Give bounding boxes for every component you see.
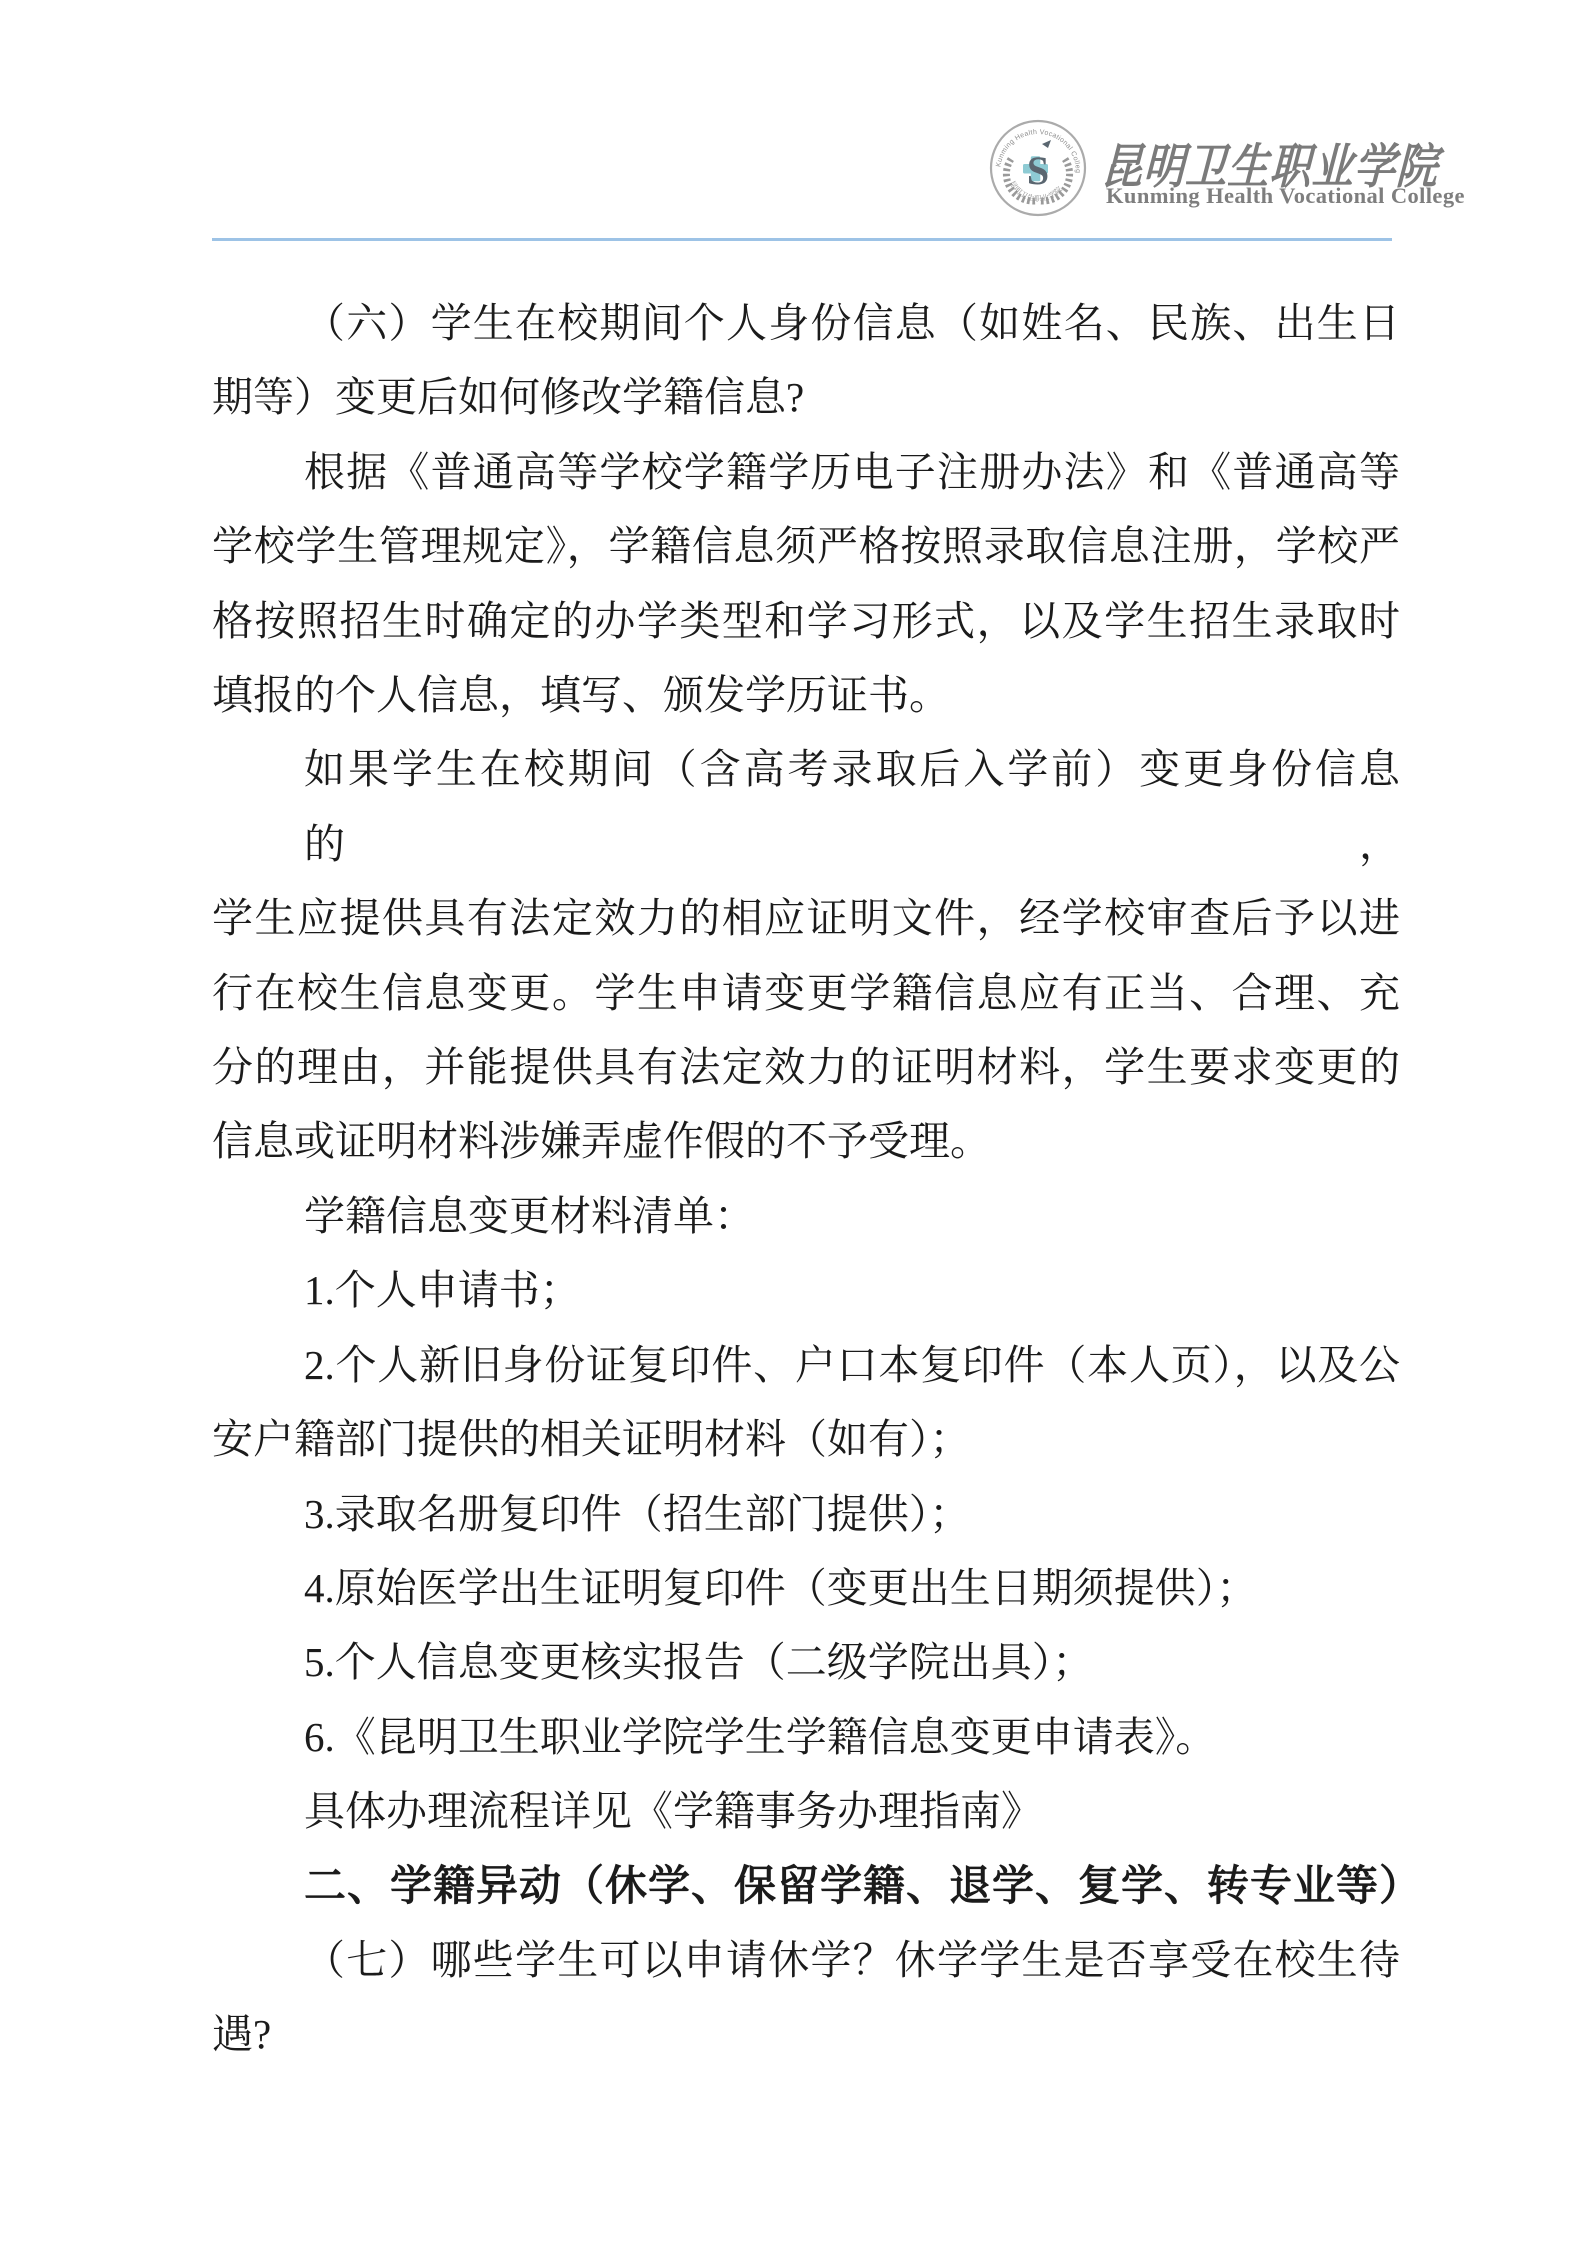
paragraph-line: 如果学生在校期间（含高考录取后入学前）变更身份信息的， bbox=[212, 732, 1400, 881]
materials-list-item-6: 6.《昆明卫生职业学院学生学籍信息变更申请表》。 bbox=[212, 1700, 1400, 1774]
question-6-heading-line-2: 期等）变更后如何修改学籍信息? bbox=[212, 360, 1400, 434]
question-7-heading-line-1: （七）哪些学生可以申请休学？休学学生是否享受在校生待 bbox=[212, 1923, 1400, 1997]
paragraph-line: 根据《普通高等学校学籍学历电子注册办法》和《普通高等 bbox=[212, 435, 1400, 509]
paragraph-line: 学校学生管理规定》，学籍信息须严格按照录取信息注册，学校严 bbox=[212, 509, 1400, 583]
question-7-heading-line-2: 遇? bbox=[212, 1997, 1400, 2071]
materials-list-item-5: 5.个人信息变更核实报告（二级学院出具）； bbox=[212, 1625, 1400, 1699]
process-guide-note: 具体办理流程详见《学籍事务办理指南》 bbox=[212, 1774, 1400, 1848]
question-6-heading-line-1: （六）学生在校期间个人身份信息（如姓名、民族、出生日 bbox=[212, 286, 1400, 360]
document-body: （六）学生在校期间个人身份信息（如姓名、民族、出生日 期等）变更后如何修改学籍信… bbox=[212, 286, 1400, 2072]
seal-dragon-icon: S bbox=[1027, 148, 1049, 193]
materials-list-item-1: 1.个人申请书； bbox=[212, 1253, 1400, 1327]
header-divider-rule bbox=[212, 238, 1392, 241]
materials-list-item-2: 2.个人新旧身份证复印件、户口本复印件（本人页），以及公 bbox=[212, 1328, 1400, 1402]
materials-list-title: 学籍信息变更材料清单： bbox=[212, 1179, 1400, 1253]
paragraph-line: 行在校生信息变更。学生申请变更学籍信息应有正当、合理、充 bbox=[212, 956, 1400, 1030]
college-seal-logo: Kunming Health Vocational College S 昆明卫生… bbox=[988, 118, 1088, 218]
paragraph-line: 学生应提供具有法定效力的相应证明文件，经学校审查后予以进 bbox=[212, 881, 1400, 955]
paragraph-line: 填报的个人信息，填写、颁发学历证书。 bbox=[212, 658, 1400, 732]
college-name-english: Kunming Health Vocational College bbox=[1106, 183, 1465, 209]
section-2-heading: 二、学籍异动（休学、保留学籍、退学、复学、转专业等） bbox=[212, 1849, 1400, 1923]
materials-list-item-4: 4.原始医学出生证明复印件（变更出生日期须提供）； bbox=[212, 1551, 1400, 1625]
page-header: Kunming Health Vocational College S 昆明卫生… bbox=[0, 0, 1587, 250]
materials-list-item-3: 3.录取名册复印件（招生部门提供）； bbox=[212, 1477, 1400, 1551]
paragraph-line: 信息或证明材料涉嫌弄虚作假的不予受理。 bbox=[212, 1104, 1400, 1178]
materials-list-item-2-cont: 安户籍部门提供的相关证明材料（如有）； bbox=[212, 1402, 1400, 1476]
paragraph-line: 分的理由，并能提供具有法定效力的证明材料，学生要求变更的 bbox=[212, 1030, 1400, 1104]
paragraph-line: 格按照招生时确定的办学类型和学习形式，以及学生招生录取时 bbox=[212, 584, 1400, 658]
